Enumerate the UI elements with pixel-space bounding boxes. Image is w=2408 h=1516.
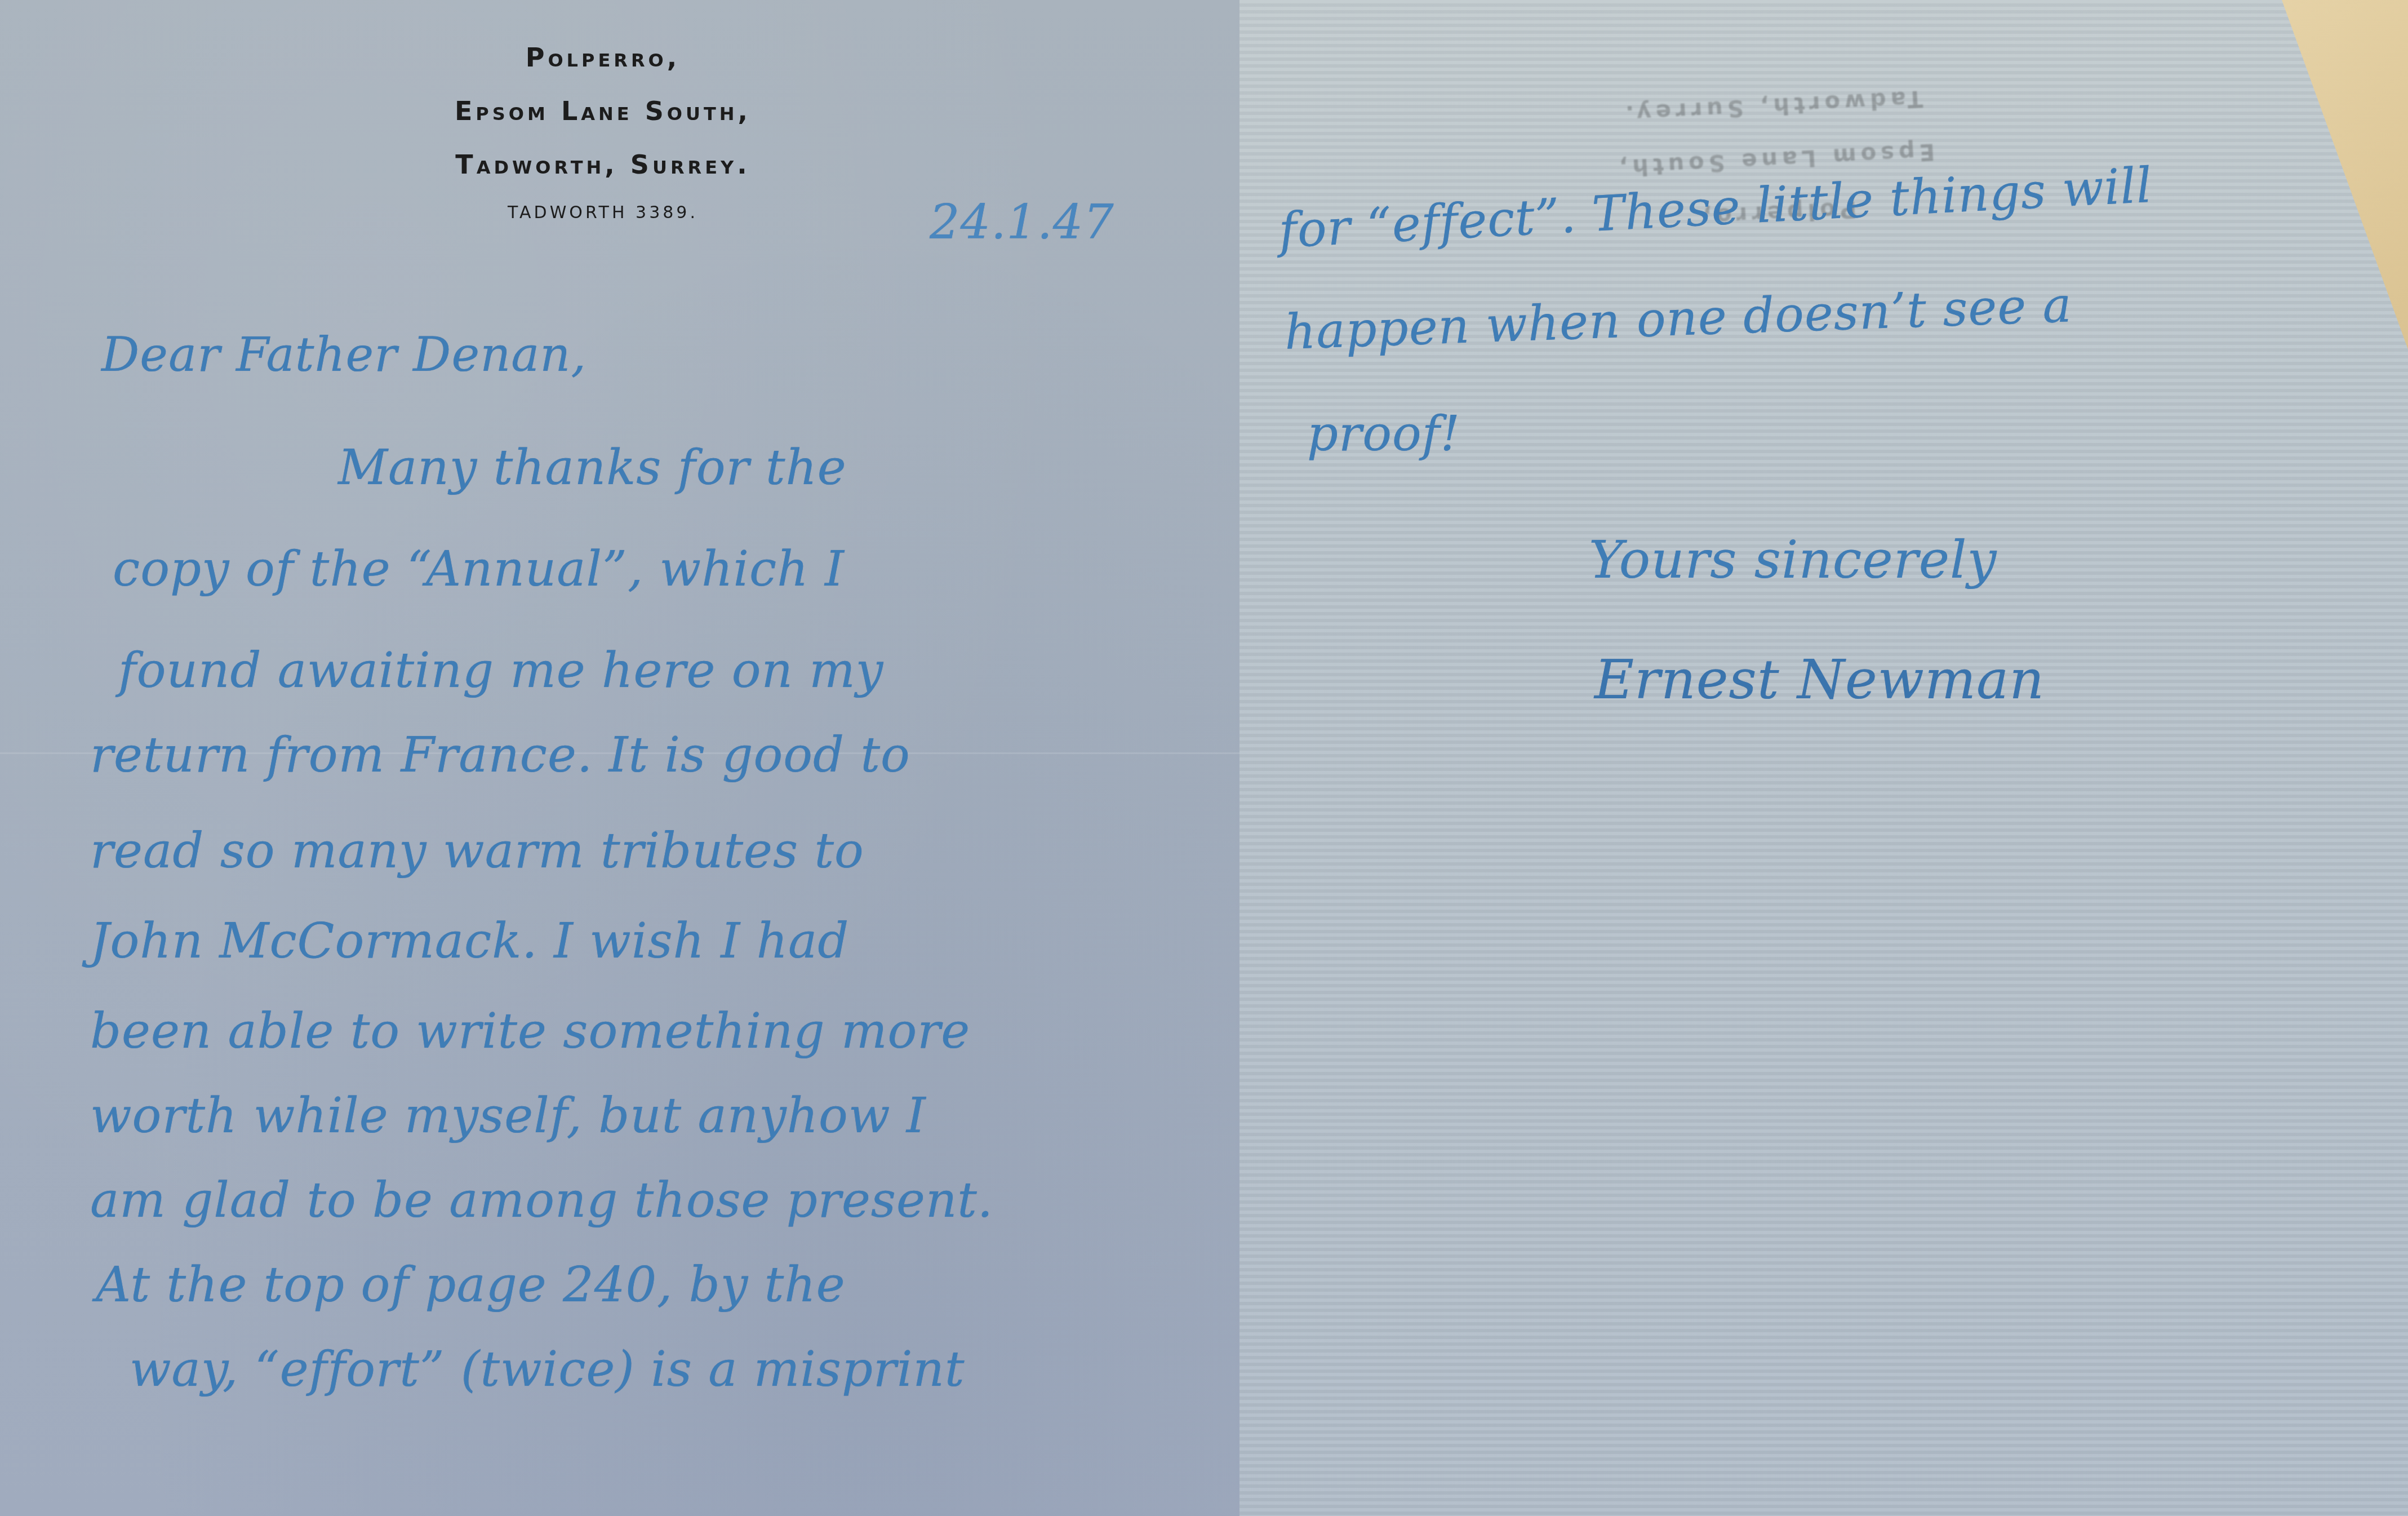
letterhead-street: Epsom Lane South, [349,85,856,138]
body-line: way, “effort” (twice) is a misprint [130,1341,965,1398]
body-line: At the top of page 240, by the [96,1257,846,1313]
closing: Yours sincerely [1589,530,1997,590]
letterhead-house: Polperro, [349,31,856,85]
continuation-line: proof! [1307,406,1460,462]
body-line: worth while myself, but anyhow I [90,1088,926,1144]
body-line: am glad to be among those present. [90,1172,993,1229]
body-line: read so many warm tributes to [90,823,864,879]
letter-date: 24.1.47 [930,194,1114,250]
body-line: John McCormack. I wish I had [90,913,849,969]
salutation: Dear Father Denan, [101,327,587,382]
body-line: found awaiting me here on my [118,642,883,699]
signature: Ernest Newman [1594,648,2045,711]
letterhead-phone: TADWORTH 3389. [349,203,856,223]
letterhead: Polperro, Epsom Lane South, Tadworth, Su… [349,31,856,223]
body-line: return from France. It is good to [90,727,910,783]
body-line: copy of the “Annual”, which I [113,541,845,597]
letterhead-town: Tadworth, Surrey. [349,138,856,192]
body-line: Many thanks for the [338,440,847,496]
letter-scan: Polperro, Epsom Lane South, Tadworth, Su… [0,0,2408,1516]
body-line: been able to write something more [90,1003,970,1060]
